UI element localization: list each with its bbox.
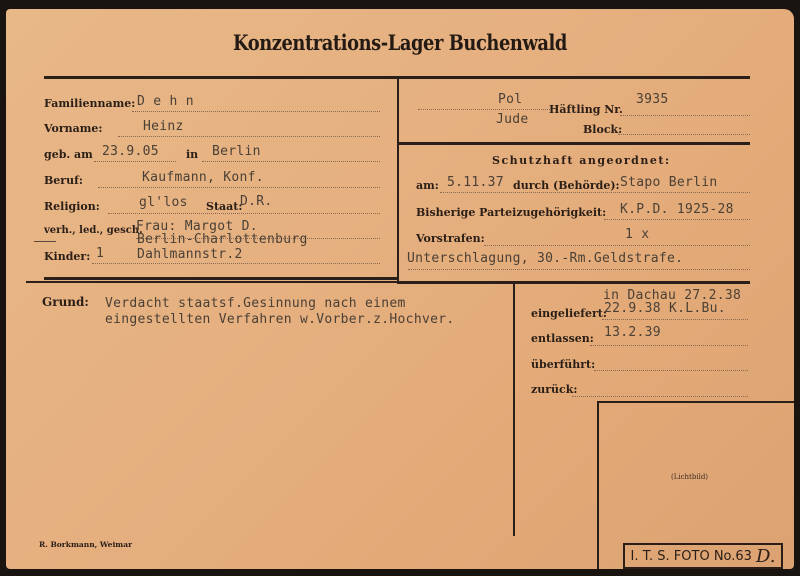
familienname-label: Familienname: <box>44 97 135 110</box>
vorstrafen-value: 1 x <box>625 227 649 242</box>
photo-box-left <box>597 401 599 569</box>
schutzhaft-heading: Schutzhaft angeordnet: <box>492 154 671 167</box>
schutzhaft-durch-value: Stapo Berlin <box>620 175 718 190</box>
photo-placeholder-label: (Lichtbild) <box>671 473 708 481</box>
category-line-1: Pol <box>498 92 522 107</box>
category-line <box>418 109 550 110</box>
haeftling-rule <box>397 142 750 145</box>
partei-line <box>604 219 750 220</box>
schutzhaft-am-line <box>440 192 750 193</box>
familienname-line <box>132 111 380 112</box>
card-title: Konzentrations-Lager Buchenwald <box>65 30 735 55</box>
familienname-value: D e h n <box>137 94 194 109</box>
staat-value: D.R. <box>240 194 273 209</box>
familienstand-label: verh., led., gesch. <box>44 225 143 236</box>
ueberfuehrt-line <box>594 370 748 371</box>
grund-line-2: eingestellten Verfahren w.Vorber.z.Hochv… <box>105 312 454 327</box>
zurueck-label: zurück: <box>531 383 577 396</box>
address-line-2: Dahlmannstr.2 <box>137 247 243 262</box>
vorname-line <box>118 136 380 137</box>
entlassen-label: entlassen: <box>531 332 594 345</box>
vorstrafen-label: Vorstrafen: <box>416 232 485 245</box>
eingeliefert-label: eingeliefert: <box>531 307 607 320</box>
category-line-2: Jude <box>496 112 529 127</box>
religion-value: gl'los <box>139 195 188 210</box>
entlassen-line <box>590 345 748 346</box>
vorname-label: Vorname: <box>44 122 102 135</box>
partei-value: K.P.D. 1925-28 <box>620 202 734 217</box>
geb-am-value: 23.9.05 <box>102 144 159 159</box>
geb-am-line <box>94 161 176 162</box>
top-vertical-divider <box>397 76 399 281</box>
beruf-label: Beruf: <box>44 174 83 187</box>
prisoner-registration-card: Konzentrations-Lager Buchenwald Familien… <box>6 9 794 569</box>
eingeliefert-line <box>602 319 748 320</box>
vorstrafen-detail: Unterschlagung, 30.-Rm.Geldstrafe. <box>407 251 683 266</box>
staat-label: Staat: <box>206 200 242 213</box>
grund-label: Grund: <box>42 295 89 309</box>
kinder-value: 1 <box>96 246 104 261</box>
stamp-text: I. T. S. FOTO No.63 <box>631 549 752 564</box>
printer-imprint: R. Borkmann, Weimar <box>39 540 132 549</box>
left-stub-mark <box>34 241 56 242</box>
beruf-value: Kaufmann, Konf. <box>142 170 264 185</box>
partei-label: Bisherige Parteizugehörigkeit: <box>416 206 606 219</box>
block-label: Block: <box>583 123 622 136</box>
geb-in-label: in <box>186 148 198 161</box>
grund-vertical-divider <box>513 281 515 536</box>
haeftling-nr-label: Häftling Nr. <box>549 103 623 116</box>
schutzhaft-am-label: am: <box>416 179 439 192</box>
geb-ort-line <box>202 161 380 162</box>
entlassen-value: 13.2.39 <box>604 325 661 340</box>
religion-line <box>108 213 380 214</box>
haeftling-nr-value: 3935 <box>636 92 669 107</box>
kinder-line <box>92 263 380 264</box>
personal-bottom-rule <box>44 277 399 280</box>
geb-ort-value: Berlin <box>212 144 261 159</box>
vorstrafen-detail-line <box>408 269 750 270</box>
beruf-line <box>98 187 380 188</box>
haeftling-nr-line <box>620 115 750 116</box>
vorstrafen-line <box>484 245 750 246</box>
schutzhaft-bottom-rule <box>397 281 750 284</box>
vorname-value: Heinz <box>143 119 184 134</box>
address-line-1: Berlin-Charlottenburg <box>137 232 308 247</box>
its-foto-stamp: I. T. S. FOTO No.63 D. <box>623 543 783 569</box>
ueberfuehrt-label: überführt: <box>531 358 595 371</box>
kinder-label: Kinder: <box>44 250 90 263</box>
geb-am-label: geb. am <box>44 148 93 161</box>
eingeliefert-value: 22.9.38 K.L.Bu. <box>604 301 726 316</box>
zurueck-line <box>572 396 748 397</box>
photo-box-top <box>597 401 794 403</box>
grund-line-1: Verdacht staatsf.Gesinnung nach einem <box>105 296 406 311</box>
schutzhaft-am-value: 5.11.37 <box>447 175 504 190</box>
middle-rule <box>26 281 402 283</box>
block-line <box>618 134 750 135</box>
religion-label: Religion: <box>44 200 100 213</box>
schutzhaft-durch-label: durch (Behörde): <box>513 179 620 192</box>
stamp-handwritten: D. <box>756 546 776 567</box>
